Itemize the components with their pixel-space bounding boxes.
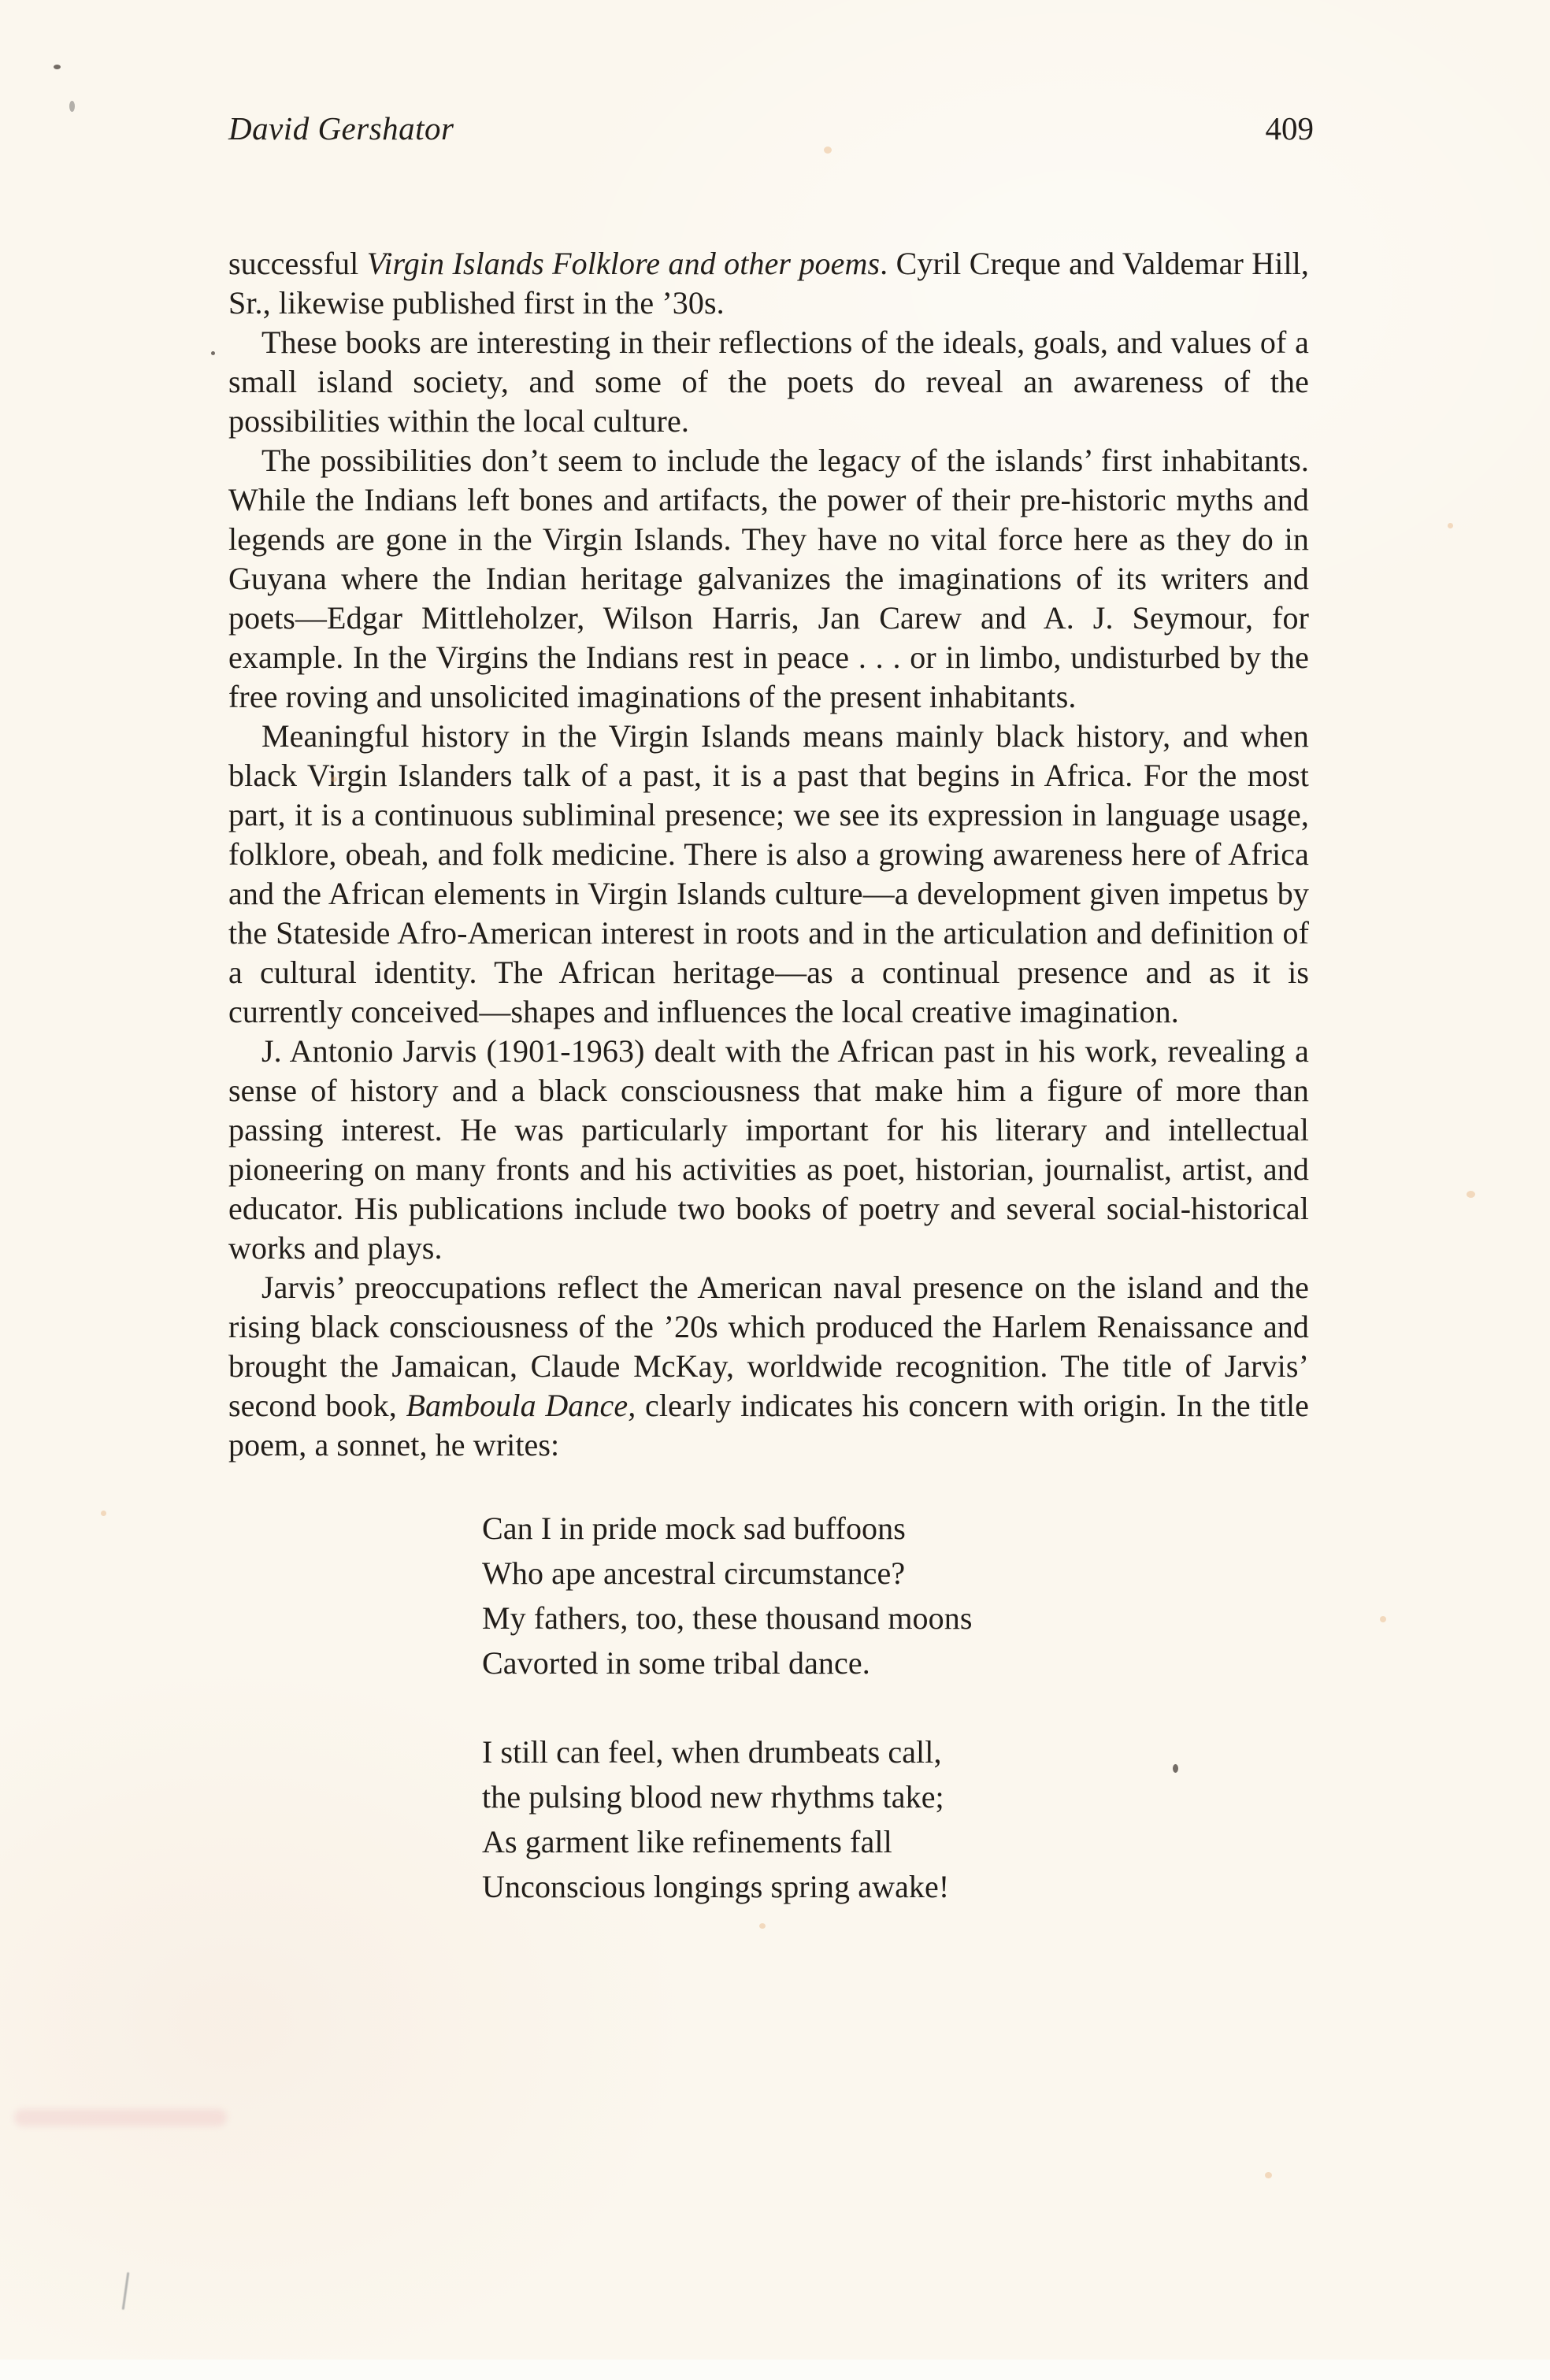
book-title-italic: Virgin Islands Folklore and other poems	[367, 246, 880, 281]
article-body: successful Virgin Islands Folklore and o…	[228, 244, 1309, 1909]
text-segment: successful	[228, 246, 367, 281]
poem-line: Unconscious longings spring awake!	[482, 1864, 1309, 1909]
paper-speck	[69, 101, 75, 112]
poem-line: Can I in pride mock sad buffoons	[482, 1506, 1309, 1551]
foxing-spot	[1380, 1616, 1386, 1622]
paragraph-4: Meaningful history in the Virgin Islands…	[228, 717, 1309, 1032]
pencil-scratch	[122, 2272, 130, 2310]
poem-line: Who ape ancestral circumstance?	[482, 1551, 1309, 1596]
running-head: David Gershator 409	[228, 109, 1314, 148]
poem-stanza-1: Can I in pride mock sad buffoons Who ape…	[482, 1506, 1309, 1685]
paragraph-2: These books are interesting in their ref…	[228, 323, 1309, 441]
paragraph-1: successful Virgin Islands Folklore and o…	[228, 244, 1309, 323]
scanner-background-strip	[0, 2360, 1550, 2380]
foxing-spot	[1467, 1191, 1475, 1198]
paragraph-6: Jarvis’ preoccupations reflect the Ameri…	[228, 1268, 1309, 1465]
paper-speck	[54, 65, 61, 69]
poem-line: My fathers, too, these thousand moons	[482, 1596, 1309, 1640]
poem-block-quote: Can I in pride mock sad buffoons Who ape…	[482, 1506, 1309, 1909]
poem-line: the pulsing blood new rhythms take;	[482, 1774, 1309, 1819]
foxing-spot	[1448, 523, 1453, 528]
paragraph-5: J. Antonio Jarvis (1901-1963) dealt with…	[228, 1032, 1309, 1268]
poem-line: I still can feel, when drumbeats call,	[482, 1729, 1309, 1774]
scanned-book-page: David Gershator 409 successful Virgin Is…	[0, 0, 1550, 2380]
book-title-italic: Bamboula Dance,	[406, 1388, 636, 1423]
foxing-spot	[1265, 2172, 1272, 2178]
page-number: 409	[1266, 109, 1315, 148]
paragraph-3: The possibilities don’t seem to include …	[228, 441, 1309, 717]
poem-stanza-2: I still can feel, when drumbeats call, t…	[482, 1729, 1309, 1909]
running-head-author: David Gershator	[228, 109, 454, 148]
foxing-spot	[759, 1923, 766, 1929]
pink-smudge	[14, 2109, 227, 2126]
poem-line: As garment like refinements fall	[482, 1819, 1309, 1864]
paper-speck	[211, 351, 215, 355]
foxing-spot	[101, 1511, 106, 1516]
poem-line: Cavorted in some tribal dance.	[482, 1640, 1309, 1685]
